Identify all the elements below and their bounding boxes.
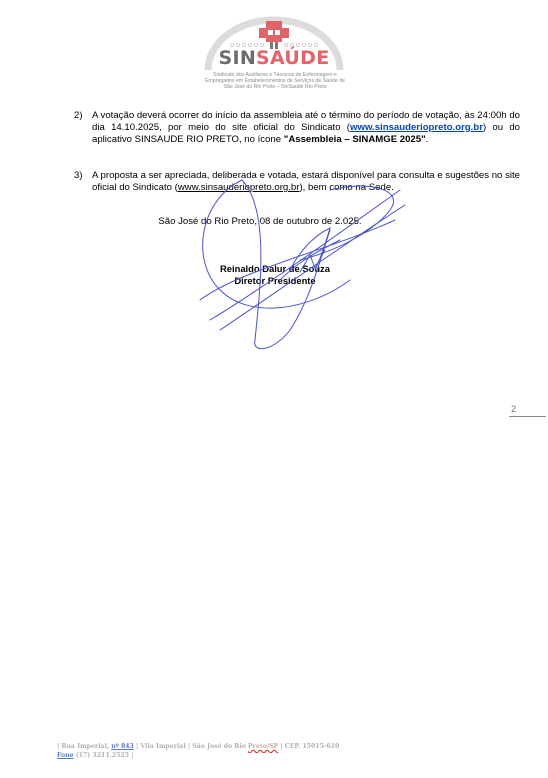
website-link[interactable]: www.sinsauderiopreto.org.br xyxy=(350,122,483,133)
footer-address: | Rua Imperial, nº 843 | Vila Imperial |… xyxy=(57,742,339,760)
phone-icon: Fone xyxy=(57,752,74,759)
sinsaude-logo: SINSAÚDE xyxy=(200,12,348,72)
footer-line-address: | Rua Imperial, nº 843 | Vila Imperial |… xyxy=(57,742,339,751)
dateline: São José do Rio Preto, 08 de outubro de … xyxy=(74,216,446,227)
logo-wordmark: SINSAÚDE xyxy=(200,47,348,69)
document-page: SINSAÚDE Sindicato dos Auxiliares e Técn… xyxy=(0,0,548,778)
footer-line-phone: Fone (17) 3211.2525 | xyxy=(57,751,339,760)
signatory-role: Diretor Presidente xyxy=(160,275,390,286)
website-link[interactable]: www.sinsauderiopreto.org.br xyxy=(178,182,300,193)
union-tagline: Sindicato dos Auxiliares e Técnicos de E… xyxy=(180,72,370,91)
list-item-proposal-availability: 3) A proposta a ser apreciada, deliberad… xyxy=(74,170,520,194)
handwritten-signature-icon xyxy=(180,170,410,350)
page-number-rule xyxy=(509,416,546,417)
list-item-voting-period: 2) A votação deverá ocorrer do início da… xyxy=(74,110,520,145)
signatory-name: Reinaldo Dalur de Souza xyxy=(160,263,390,274)
page-number: 2 xyxy=(511,404,516,415)
red-cross-icon xyxy=(259,21,289,42)
